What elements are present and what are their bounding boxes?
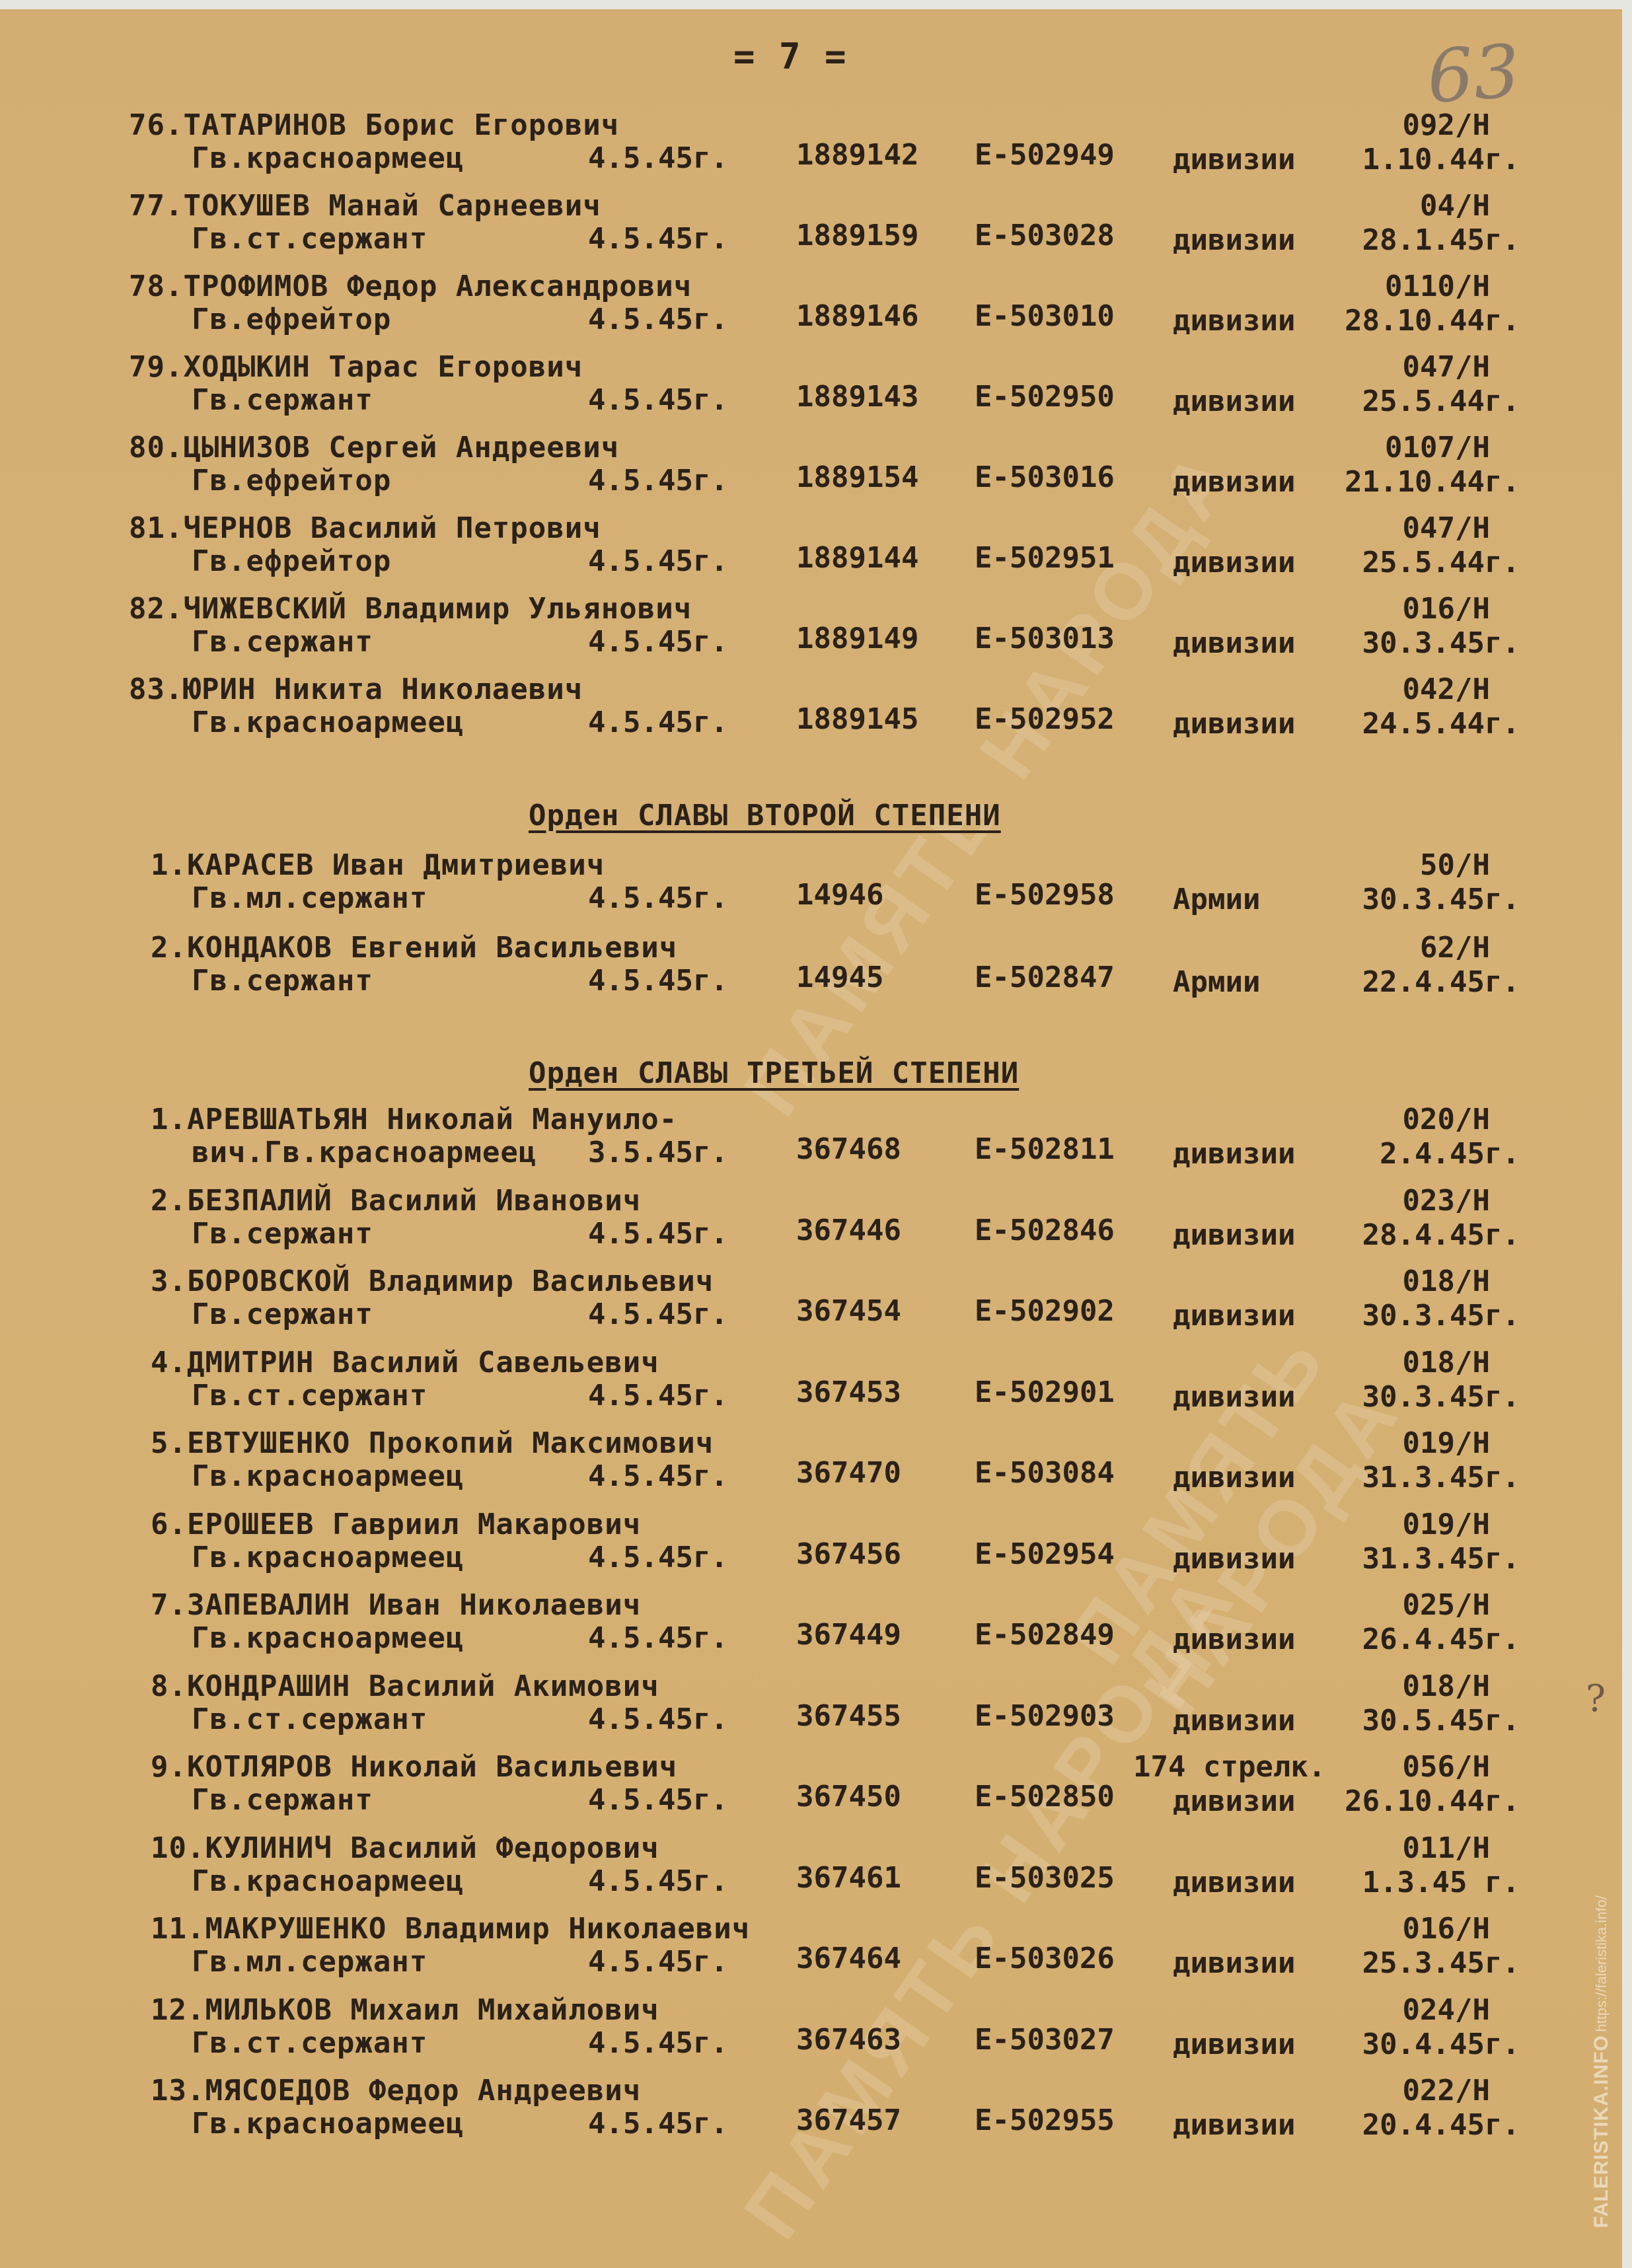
award-date: 4.5.45г. — [588, 303, 728, 336]
recipient-name: 83.ЮРИН Никита Николаевич — [129, 673, 583, 706]
decoration-number: 367455 — [796, 1699, 901, 1733]
decoration-number: 1889144 — [796, 541, 918, 575]
recipient-rank: Гв.красноармеец — [192, 1459, 464, 1493]
order-date: 1.10.44г. — [1362, 143, 1520, 176]
certificate-number: Е-502901 — [975, 1375, 1115, 1409]
order-number: 019/Н — [1403, 1426, 1490, 1460]
issuing-unit: дивизии — [1173, 626, 1295, 660]
order-date: 25.3.45г. — [1362, 1946, 1520, 1980]
order-date: 30.3.45г. — [1362, 1299, 1520, 1333]
recipient-rank: Гв.сержант — [192, 1217, 373, 1251]
award-entry: 76.ТАТАРИНОВ Борис ЕгоровичГв.красноарме… — [0, 108, 1622, 188]
decoration-number: 367461 — [796, 1861, 901, 1895]
recipient-rank: Гв.ефрейтор — [192, 544, 391, 578]
recipient-rank: Гв.ефрейтор — [192, 464, 391, 497]
recipient-name: 10.КУЛИНИЧ Василий Федорович — [151, 1831, 659, 1865]
recipient-name: 2.КОНДАКОВ Евгений Васильевич — [151, 931, 677, 965]
award-date: 4.5.45г. — [588, 706, 728, 739]
award-entry: 6.ЕРОШЕЕВ Гавриил МакаровичГв.красноарме… — [0, 1508, 1622, 1587]
order-date: 24.5.44г. — [1362, 707, 1520, 741]
order-number: 019/Н — [1403, 1508, 1490, 1541]
issuing-unit: дивизии — [1173, 143, 1295, 176]
certificate-number: Е-502949 — [975, 138, 1115, 172]
certificate-number: Е-502954 — [975, 1537, 1115, 1571]
award-entry: 2.БЕЗПАЛИЙ Василий ИвановичГв.сержант4.5… — [0, 1184, 1622, 1263]
order-date: 31.3.45г. — [1362, 1542, 1520, 1576]
recipient-name: 12.МИЛЬКОВ Михаил Михайлович — [151, 1993, 659, 2027]
recipient-name: 8.КОНДРАШИН Василий Акимович — [151, 1669, 659, 1703]
certificate-number: Е-503026 — [975, 1942, 1115, 1975]
award-entry: 83.ЮРИН Никита НиколаевичГв.красноармеец… — [0, 673, 1622, 752]
recipient-name: 9.КОТЛЯРОВ Николай Васильевич — [151, 1750, 677, 1784]
section-title-second-class: Орден СЛАВЫ ВТОРОЙ СТЕПЕНИ — [529, 799, 1001, 832]
order-number: 020/Н — [1403, 1103, 1490, 1136]
issuing-unit: дивизии — [1173, 1380, 1295, 1414]
certificate-number: Е-502951 — [975, 541, 1115, 575]
order-number: 011/Н — [1403, 1831, 1490, 1865]
issuing-unit: дивизии — [1173, 1461, 1295, 1494]
recipient-rank: Гв.красноармеец — [192, 1864, 464, 1898]
award-date: 4.5.45г. — [588, 383, 728, 417]
order-number: 04/Н — [1420, 189, 1490, 223]
certificate-number: Е-502950 — [975, 380, 1115, 414]
decoration-number: 1889154 — [796, 460, 918, 494]
certificate-number: Е-503028 — [975, 219, 1115, 252]
decoration-number: 367470 — [796, 1456, 901, 1490]
issuing-unit: дивизии — [1173, 546, 1295, 579]
certificate-number: Е-503016 — [975, 460, 1115, 494]
decoration-number: 367463 — [796, 2023, 901, 2057]
recipient-name: 13.МЯСОЕДОВ Федор Андреевич — [151, 2074, 641, 2107]
order-number: 025/Н — [1403, 1588, 1490, 1622]
certificate-number: Е-503013 — [975, 622, 1115, 655]
folio-number: 63 — [1425, 28, 1523, 119]
issuing-unit: Армии — [1173, 883, 1260, 916]
recipient-name: 77.ТОКУШЕВ Манай Сарнеевич — [129, 189, 601, 223]
award-entry: 4.ДМИТРИН Василий СавельевичГв.ст.сержан… — [0, 1346, 1622, 1425]
recipient-rank: Гв.сержант — [192, 625, 373, 659]
award-date: 4.5.45г. — [588, 2026, 728, 2060]
certificate-number: Е-503025 — [975, 1861, 1115, 1895]
recipient-name: 1.АРЕВШАТЬЯН Николай Мануило- — [151, 1103, 677, 1136]
award-date: 4.5.45г. — [588, 1459, 728, 1493]
award-date: 4.5.45г. — [588, 464, 728, 497]
recipient-name: 81.ЧЕРНОВ Василий Петрович — [129, 511, 601, 545]
certificate-number: Е-502811 — [975, 1132, 1115, 1166]
certificate-number: Е-502903 — [975, 1699, 1115, 1733]
recipient-name: 5.ЕВТУШЕНКО Прокопий Максимович — [151, 1426, 714, 1460]
award-entry: 78.ТРОФИМОВ Федор АлександровичГв.ефрейт… — [0, 270, 1622, 349]
decoration-number: 367464 — [796, 1942, 901, 1975]
recipient-rank: Гв.ст.сержант — [192, 222, 427, 256]
award-date: 4.5.45г. — [588, 1945, 728, 1979]
recipient-name: 11.МАКРУШЕНКО Владимир Николаевич — [151, 1912, 750, 1946]
decoration-number: 367450 — [796, 1780, 901, 1813]
recipient-name: 82.ЧИЖЕВСКИЙ Владимир Ульянович — [129, 592, 692, 626]
award-entry: 10.КУЛИНИЧ Василий ФедоровичГв.красноарм… — [0, 1831, 1622, 1911]
award-entry: 82.ЧИЖЕВСКИЙ Владимир УльяновичГв.сержан… — [0, 592, 1622, 671]
order-date: 30.5.45г. — [1362, 1704, 1520, 1738]
recipient-name: 79.ХОДЫКИН Тарас Егорович — [129, 350, 583, 384]
watermark-title: FALERISTIKA.INFO — [1590, 2035, 1612, 2228]
certificate-number: Е-502955 — [975, 2103, 1115, 2137]
recipient-rank: Гв.красноармеец — [192, 1541, 464, 1574]
certificate-number: Е-503027 — [975, 2023, 1115, 2057]
order-number: 016/Н — [1403, 1912, 1490, 1946]
award-entry: 7.ЗАПЕВАЛИН Иван НиколаевичГв.красноарме… — [0, 1588, 1622, 1667]
issuing-unit: дивизии — [1173, 1542, 1295, 1576]
issuing-unit: Армии — [1173, 965, 1260, 999]
award-date: 4.5.45г. — [588, 1702, 728, 1736]
issuing-unit: дивизии — [1173, 1623, 1295, 1656]
award-entry: 9.КОТЛЯРОВ Николай ВасильевичГв.сержант4… — [0, 1750, 1622, 1829]
award-entry: 79.ХОДЫКИН Тарас ЕгоровичГв.сержант4.5.4… — [0, 350, 1622, 429]
decoration-number: 367468 — [796, 1132, 901, 1166]
issuing-unit: дивизии — [1173, 1704, 1295, 1738]
order-number: 047/Н — [1403, 511, 1490, 545]
question-mark-annotation: ? — [1586, 1677, 1606, 1720]
order-number: 018/Н — [1403, 1669, 1490, 1703]
recipient-rank: Гв.мл.сержант — [192, 1945, 427, 1979]
award-entry: 8.КОНДРАШИН Василий АкимовичГв.ст.сержан… — [0, 1669, 1622, 1749]
recipient-name: 4.ДМИТРИН Василий Савельевич — [151, 1346, 659, 1379]
order-date: 25.5.44г. — [1362, 546, 1520, 579]
decoration-number: 14945 — [796, 961, 883, 994]
issuing-unit: дивизии — [1173, 2108, 1295, 2142]
award-date: 4.5.45г. — [588, 964, 728, 998]
award-date: 4.5.45г. — [588, 1217, 728, 1251]
award-date: 4.5.45г. — [588, 1864, 728, 1898]
award-entry: 1.АРЕВШАТЬЯН Николай Мануило-вич.Гв.крас… — [0, 1103, 1622, 1182]
decoration-number: 367456 — [796, 1537, 901, 1571]
order-date: 1.3.45 г. — [1362, 1866, 1520, 1899]
award-entry: 12.МИЛЬКОВ Михаил МихайловичГв.ст.сержан… — [0, 1993, 1622, 2072]
section-title-third-class: Орден СЛАВЫ ТРЕТЬЕЙ СТЕПЕНИ — [529, 1056, 1019, 1090]
issuing-unit: дивизии — [1173, 384, 1295, 418]
award-date: 4.5.45г. — [588, 1621, 728, 1655]
certificate-number: Е-503010 — [975, 299, 1115, 333]
award-entry: 11.МАКРУШЕНКО Владимир НиколаевичГв.мл.с… — [0, 1912, 1622, 1991]
award-date: 4.5.45г. — [588, 2107, 728, 2140]
recipient-name: 2.БЕЗПАЛИЙ Василий Иванович — [151, 1184, 641, 1218]
recipient-name: 3.БОРОВСКОЙ Владимир Васильевич — [151, 1264, 714, 1298]
decoration-number: 367453 — [796, 1375, 901, 1409]
order-date: 28.4.45г. — [1362, 1218, 1520, 1252]
decoration-number: 1889143 — [796, 380, 918, 414]
recipient-rank: Гв.ефрейтор — [192, 303, 391, 336]
certificate-number: Е-503084 — [975, 1456, 1115, 1490]
award-date: 3.5.45г. — [588, 1136, 728, 1169]
award-entry: 77.ТОКУШЕВ Манай СарнеевичГв.ст.сержант4… — [0, 189, 1622, 268]
award-date: 4.5.45г. — [588, 141, 728, 175]
order-date: 28.10.44г. — [1345, 304, 1520, 338]
order-number: 0110/Н — [1385, 270, 1490, 303]
order-number: 042/Н — [1403, 673, 1490, 706]
order-number: 018/Н — [1403, 1264, 1490, 1298]
award-entry: 13.МЯСОЕДОВ Федор АндреевичГв.красноарме… — [0, 2074, 1622, 2153]
order-date: 26.4.45г. — [1362, 1623, 1520, 1656]
decoration-number: 367449 — [796, 1618, 901, 1652]
recipient-rank: Гв.красноармеец — [192, 706, 464, 739]
decoration-number: 1889146 — [796, 299, 918, 333]
order-date: 22.4.45г. — [1362, 965, 1520, 999]
issuing-unit: дивизии — [1173, 2028, 1295, 2061]
award-date: 4.5.45г. — [588, 1379, 728, 1412]
recipient-rank: Гв.ст.сержант — [192, 2026, 427, 2060]
issuing-unit: дивизии — [1173, 465, 1295, 499]
recipient-name: 76.ТАТАРИНОВ Борис Егорович — [129, 108, 619, 142]
watermark: FALERISTIKA.INFO https://faleristika.inf… — [1590, 1895, 1613, 2228]
issuing-unit: дивизии — [1173, 1946, 1295, 1980]
award-date: 4.5.45г. — [588, 544, 728, 578]
order-number: 092/Н — [1403, 108, 1490, 142]
decoration-number: 367454 — [796, 1294, 901, 1328]
recipient-name: 7.ЗАПЕВАЛИН Иван Николаевич — [151, 1588, 641, 1622]
award-date: 4.5.45г. — [588, 1541, 728, 1574]
order-date: 2.4.45г. — [1380, 1137, 1520, 1171]
watermark-url: https://faleristika.info/ — [1593, 1895, 1610, 2032]
order-date: 30.4.45г. — [1362, 2028, 1520, 2061]
issuing-unit: дивизии — [1173, 223, 1295, 257]
order-date: 20.4.45г. — [1362, 2108, 1520, 2142]
award-entry: 3.БОРОВСКОЙ Владимир ВасильевичГв.сержан… — [0, 1264, 1622, 1344]
decoration-number: 1889145 — [796, 702, 918, 736]
decoration-number: 1889159 — [796, 219, 918, 252]
recipient-rank: Гв.сержант — [192, 383, 373, 417]
recipient-rank: Гв.красноармеец — [192, 2107, 464, 2140]
certificate-number: Е-502902 — [975, 1294, 1115, 1328]
issuing-unit-detail: 174 стрелк. — [1133, 1750, 1325, 1784]
order-number: 047/Н — [1403, 350, 1490, 384]
recipient-name: 6.ЕРОШЕЕВ Гавриил Макарович — [151, 1508, 641, 1541]
recipient-rank: Гв.сержант — [192, 1298, 373, 1331]
recipient-rank: Гв.красноармеец — [192, 1621, 464, 1655]
document-page: ПАМЯТЬ НАРОДА ПАМЯТЬ НАРОДА ПАМЯТЬ НАРОД… — [0, 9, 1622, 2268]
recipient-rank: Гв.сержант — [192, 964, 373, 998]
award-entry: 1.КАРАСЕВ Иван ДмитриевичГв.мл.сержант4.… — [0, 848, 1622, 928]
order-number: 018/Н — [1403, 1346, 1490, 1379]
certificate-number: Е-502850 — [975, 1780, 1115, 1813]
issuing-unit: дивизии — [1173, 1299, 1295, 1333]
award-date: 4.5.45г. — [588, 1783, 728, 1817]
award-date: 4.5.45г. — [588, 1298, 728, 1331]
page-number: = 7 = — [733, 36, 848, 77]
recipient-rank: Гв.сержант — [192, 1783, 373, 1817]
order-number: 056/Н — [1403, 1750, 1490, 1784]
order-number: 62/Н — [1420, 931, 1490, 965]
order-date: 28.1.45г. — [1362, 223, 1520, 257]
order-number: 024/Н — [1403, 1993, 1490, 2027]
order-number: 016/Н — [1403, 592, 1490, 626]
decoration-number: 367457 — [796, 2103, 901, 2137]
recipient-rank: Гв.мл.сержант — [192, 881, 427, 915]
certificate-number: Е-502958 — [975, 878, 1115, 912]
order-date: 21.10.44г. — [1345, 465, 1520, 499]
award-date: 4.5.45г. — [588, 881, 728, 915]
issuing-unit: дивизии — [1173, 1218, 1295, 1252]
issuing-unit: дивизии — [1173, 707, 1295, 741]
recipient-rank: Гв.ст.сержант — [192, 1379, 427, 1412]
issuing-unit: дивизии — [1173, 1137, 1295, 1171]
award-entry: 80.ЦЫНИЗОВ Сергей АндреевичГв.ефрейтор4.… — [0, 431, 1622, 510]
issuing-unit: дивизии — [1173, 304, 1295, 338]
order-date: 31.3.45г. — [1362, 1461, 1520, 1494]
order-date: 30.3.45г. — [1362, 883, 1520, 916]
certificate-number: Е-502847 — [975, 961, 1115, 994]
order-number: 0107/Н — [1385, 431, 1490, 464]
certificate-number: Е-502952 — [975, 702, 1115, 736]
award-entry: 81.ЧЕРНОВ Василий ПетровичГв.ефрейтор4.5… — [0, 511, 1622, 591]
issuing-unit: дивизии — [1173, 1784, 1295, 1818]
order-date: 25.5.44г. — [1362, 384, 1520, 418]
decoration-number: 14946 — [796, 878, 883, 912]
recipient-rank: Гв.ст.сержант — [192, 1702, 427, 1736]
recipient-rank: вич.Гв.красноармеец — [192, 1136, 537, 1169]
order-date: 30.3.45г. — [1362, 1380, 1520, 1414]
order-date: 26.10.44г. — [1345, 1784, 1520, 1818]
award-date: 4.5.45г. — [588, 222, 728, 256]
order-number: 50/Н — [1420, 848, 1490, 882]
recipient-name: 78.ТРОФИМОВ Федор Александрович — [129, 270, 692, 303]
award-entry: 5.ЕВТУШЕНКО Прокопий МаксимовичГв.красно… — [0, 1426, 1622, 1506]
decoration-number: 1889149 — [796, 622, 918, 655]
award-date: 4.5.45г. — [588, 625, 728, 659]
order-number: 022/Н — [1403, 2074, 1490, 2107]
certificate-number: Е-502849 — [975, 1618, 1115, 1652]
award-entry: 2.КОНДАКОВ Евгений ВасильевичГв.сержант4… — [0, 931, 1622, 1010]
recipient-name: 80.ЦЫНИЗОВ Сергей Андреевич — [129, 431, 619, 464]
order-date: 30.3.45г. — [1362, 626, 1520, 660]
issuing-unit: дивизии — [1173, 1866, 1295, 1899]
certificate-number: Е-502846 — [975, 1214, 1115, 1247]
decoration-number: 1889142 — [796, 138, 918, 172]
recipient-name: 1.КАРАСЕВ Иван Дмитриевич — [151, 848, 605, 882]
order-number: 023/Н — [1403, 1184, 1490, 1218]
recipient-rank: Гв.красноармеец — [192, 141, 464, 175]
decoration-number: 367446 — [796, 1214, 901, 1247]
